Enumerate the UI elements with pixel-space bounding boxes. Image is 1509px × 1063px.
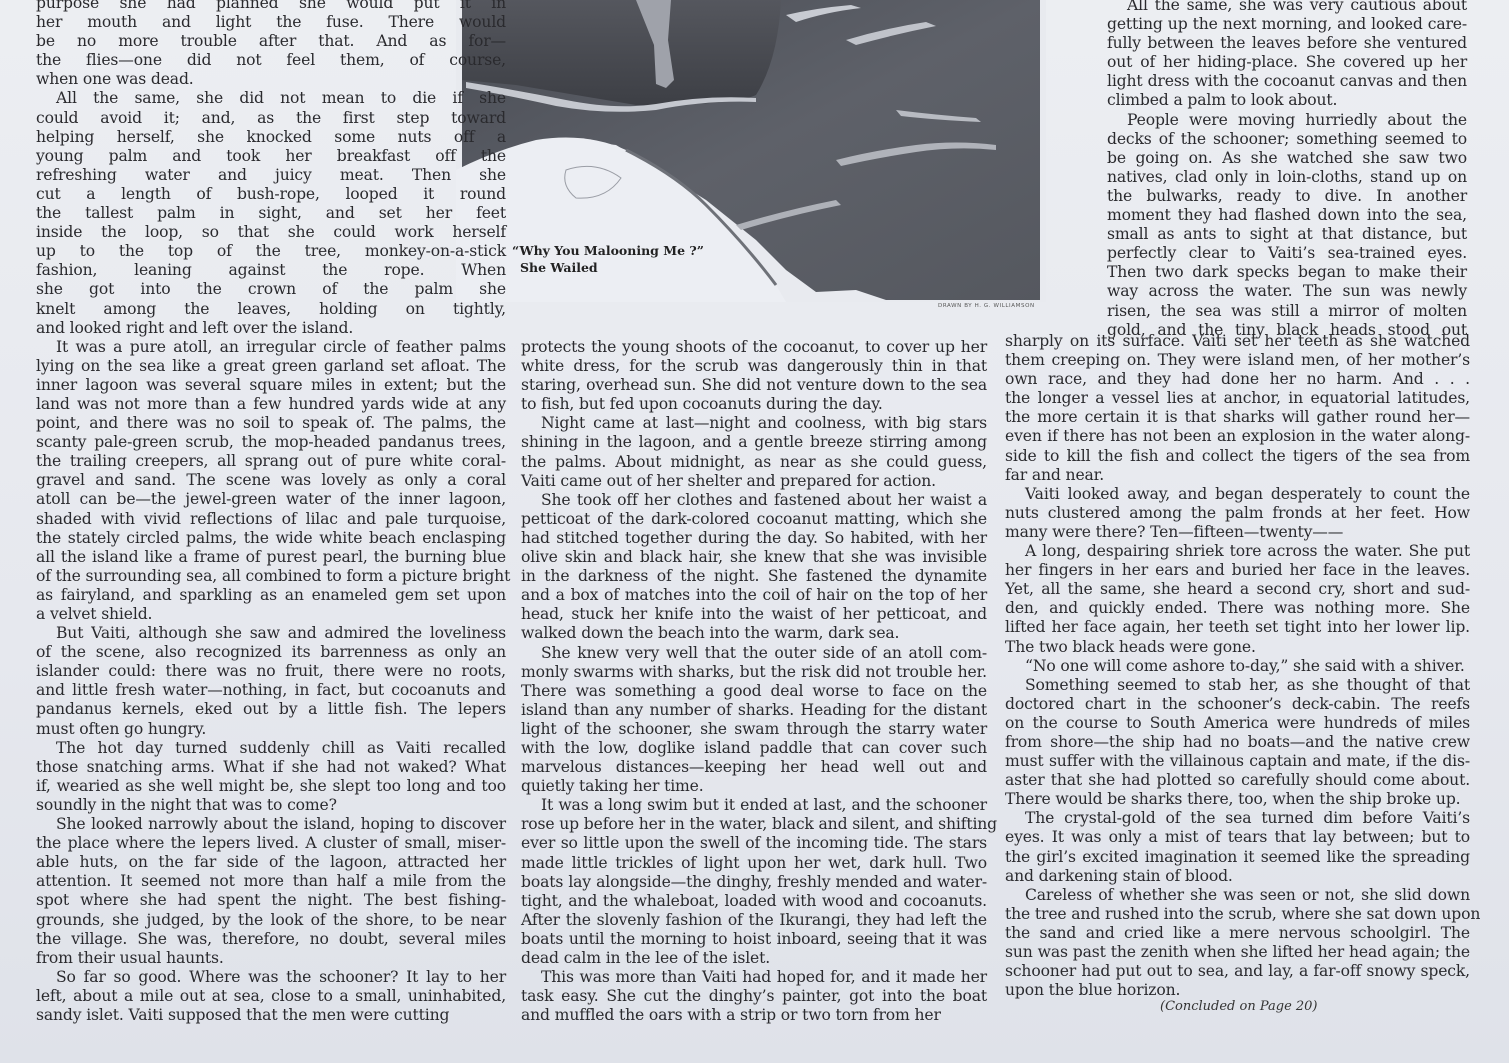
text-line: natives, clad only in loin-cloths, stand… [1107, 168, 1467, 187]
text-line: the palms. About midnight, as near as sh… [521, 453, 987, 472]
text-line: moment they had flashed down into the se… [1107, 206, 1467, 225]
text-line: islander could: there was no fruit, ther… [36, 662, 506, 681]
text-line: light dress with the cocoanut canvas and… [1107, 72, 1467, 91]
middle-text-column: protects the young shoots of the cocoanu… [521, 338, 987, 1025]
text-line: the girl’s excited imagination it seemed… [1005, 848, 1470, 867]
continued-note: (Concluded on Page 20) [1160, 999, 1318, 1014]
text-line: Vaiti came out of her shelter and prepar… [521, 472, 987, 491]
caption-line-2: She Wailed [512, 259, 704, 276]
text-line: Then two dark specks began to make their [1107, 263, 1467, 282]
caption-line-1: “Why You Malooning Me ?” [512, 242, 704, 259]
text-line: sharply on its surface. Vaiti set her te… [1005, 332, 1470, 351]
text-line: and a box of matches into the coil of ha… [521, 586, 987, 605]
text-line: if, wearied as she well might be, she sl… [36, 777, 506, 796]
right-top-text-column: All the same, she was very cautious abou… [1107, 0, 1467, 340]
text-line: inner lagoon was several square miles in… [36, 376, 506, 395]
text-line: She took off her clothes and fastened ab… [521, 491, 987, 510]
text-line: Something seemed to stab her, as she tho… [1005, 676, 1470, 695]
text-line: eyes. It was only a mist of tears that l… [1005, 828, 1470, 847]
text-line: those snatching arms. What if she had no… [36, 758, 506, 777]
text-line: small as ants to sight at that distance,… [1107, 225, 1467, 244]
text-line: aster that she had plotted so carefully … [1005, 771, 1470, 790]
text-line: the bulwarks, ready to dive. In another [1107, 187, 1467, 206]
text-line: attention. It seemed not more than half … [36, 872, 506, 891]
text-line: her fingers in her ears and buried her f… [1005, 561, 1470, 580]
text-line: inside the loop, so that she could work … [36, 223, 506, 242]
text-line: island than any number of sharks. Headin… [521, 701, 987, 720]
text-line: “No one will come ashore to-day,” she sa… [1005, 657, 1470, 676]
text-line: the tallest palm in sight, and set her f… [36, 204, 506, 223]
text-line: climbed a palm to look about. [1107, 91, 1467, 110]
text-line: as fairyland, and sparkling as an enamel… [36, 586, 506, 605]
text-line: from their usual haunts. [36, 949, 506, 968]
text-line: boats until the morning to hoist inboard… [521, 930, 987, 949]
text-line: with the low, doglike island paddle that… [521, 739, 987, 758]
text-line: head, stuck her knife into the waist of … [521, 605, 987, 624]
text-line: fashion, leaning against the rope. When [36, 261, 506, 280]
text-line: She knew very well that the outer side o… [521, 644, 987, 663]
text-line: must often go hungry. [36, 720, 506, 739]
text-line: and little fresh water—nothing, in fact,… [36, 681, 506, 700]
magazine-page: “Why You Malooning Me ?” She Wailed DRAW… [0, 0, 1509, 1063]
text-line: She looked narrowly about the island, ho… [36, 815, 506, 834]
text-line: the village. She was, therefore, no doub… [36, 930, 506, 949]
text-line: had stitched together during the day. So… [521, 529, 987, 548]
text-line: boats lay alongside—the dinghy, freshly … [521, 873, 987, 892]
text-line: all the island like a frame of purest pe… [36, 548, 506, 567]
text-line: made little trickles of light upon her w… [521, 854, 987, 873]
text-line: cut a length of bush-rope, looped it rou… [36, 185, 506, 204]
text-line: on the course to South America were hund… [1005, 714, 1470, 733]
text-line: nuts clustered among the palm fronds at … [1005, 504, 1470, 523]
text-line: Yet, all the same, she heard a second cr… [1005, 580, 1470, 599]
text-line: the trailing creepers, all sprang out of… [36, 452, 506, 471]
text-line: even if there has not been an explosion … [1005, 427, 1470, 446]
text-line: grounds, she judged, by the look of the … [36, 911, 506, 930]
text-line: many were there? Ten—fifteen—twenty—— [1005, 523, 1470, 542]
text-line: walked down the beach into the warm, dar… [521, 624, 987, 643]
text-line: There would be sharks there, too, when t… [1005, 790, 1470, 809]
text-line: white dress, for the scrub was dangerous… [521, 357, 987, 376]
text-line: refreshing water and juicy meat. Then sh… [36, 166, 506, 185]
text-line: them creeping on. They were island men, … [1005, 351, 1470, 370]
text-line: point, and there was no soil to speak of… [36, 414, 506, 433]
text-line: and muffled the oars with a strip or two… [521, 1006, 987, 1025]
text-line: After the slovenly fashion of the Ikuran… [521, 911, 987, 930]
text-line: the sand and cried like a mere nervous s… [1005, 924, 1470, 943]
text-line: far and near. [1005, 466, 1470, 485]
text-line: lying on the sea like a great green garl… [36, 357, 506, 376]
text-line: sandy islet. Vaiti supposed that the men… [36, 1006, 506, 1025]
text-line: protects the young shoots of the cocoanu… [521, 338, 987, 357]
text-line: tight, and the whaleboat, loaded with wo… [521, 892, 987, 911]
text-line: marvelous distances—keeping her head wel… [521, 758, 987, 777]
text-line: Vaiti looked away, and began desperately… [1005, 485, 1470, 504]
text-line: upon the blue horizon. [1005, 981, 1470, 1000]
text-line: doctored chart in the schooner’s deck-ca… [1005, 695, 1470, 714]
text-line: the stately circled palms, the wide whit… [36, 529, 506, 548]
text-line: able huts, on the far side of the lagoon… [36, 853, 506, 872]
text-line: own race, and they had done her no harm.… [1005, 370, 1470, 389]
text-line: way across the water. The sun was newly [1107, 282, 1467, 301]
text-line: It was a long swim but it ended at last,… [521, 796, 987, 815]
text-line: soundly in the night that was to come? [36, 796, 506, 815]
text-line: could avoid it; and, as the first step t… [36, 109, 506, 128]
text-line: and darkening stain of blood. [1005, 867, 1470, 886]
text-line: decks of the schooner; something seemed … [1107, 130, 1467, 149]
text-line: But Vaiti, although she saw and admired … [36, 624, 506, 643]
text-line: must suffer with the villainous captain … [1005, 752, 1470, 771]
text-line: It was a pure atoll, an irregular circle… [36, 338, 506, 357]
text-line: So far so good. Where was the schooner? … [36, 968, 506, 987]
text-line: up to the top of the tree, monkey-on-a-s… [36, 242, 506, 261]
text-line: the longer a vessel lies at anchor, in e… [1005, 389, 1470, 408]
text-line: Careless of whether she was seen or not,… [1005, 886, 1470, 905]
text-line: the more certain it is that sharks will … [1005, 408, 1470, 427]
text-line: gravel and sand. The scene was lovely as… [36, 471, 506, 490]
text-line: shining in the lagoon, and a gentle bree… [521, 433, 987, 452]
text-line: land was not more than a few hundred yar… [36, 395, 506, 414]
text-line: schooner had put out to sea, and lay, a … [1005, 962, 1470, 981]
text-line: lifted her face again, her teeth set tig… [1005, 618, 1470, 637]
text-line: in the darkness of the night. She fasten… [521, 567, 987, 586]
text-line: young palm and took her breakfast off th… [36, 147, 506, 166]
text-line: she got into the crown of the palm she [36, 280, 506, 299]
text-line: risen, the sea was still a mirror of mol… [1107, 302, 1467, 321]
text-line: sun was past the zenith when she lifted … [1005, 943, 1470, 962]
text-line: The hot day turned suddenly chill as Vai… [36, 739, 506, 758]
text-line: task easy. She cut the dinghy’s painter,… [521, 987, 987, 1006]
text-line: perfectly clear to Vaiti’s sea-trained e… [1107, 244, 1467, 263]
text-line: This was more than Vaiti had hoped for, … [521, 968, 987, 987]
text-line: The crystal-gold of the sea turned dim b… [1005, 809, 1470, 828]
text-line: and looked right and left over the islan… [36, 319, 506, 338]
text-line: A long, despairing shriek tore across th… [1005, 542, 1470, 561]
left-text-column: purpose she had planned she would put it… [36, 0, 506, 1025]
text-line: Night came at last—night and coolness, w… [521, 414, 987, 433]
text-line: side to kill the fish and collect the ti… [1005, 447, 1470, 466]
text-line: of the surrounding sea, all combined to … [36, 567, 506, 586]
text-line: the tree and rushed into the scrub, wher… [1005, 905, 1470, 924]
text-line: purpose she had planned she would put it… [36, 0, 506, 13]
right-text-column: sharply on its surface. Vaiti set her te… [1005, 332, 1470, 1000]
text-line: be no more trouble after that. And as fo… [36, 32, 506, 51]
text-line: from shore—the ship had no boats—and the… [1005, 733, 1470, 752]
text-line: quietly taking her time. [521, 777, 987, 796]
text-line: fully between the leaves before she vent… [1107, 34, 1467, 53]
text-line: a velvet shield. [36, 605, 506, 624]
text-line: getting up the next morning, and looked … [1107, 15, 1467, 34]
text-line: pandanus kernels, eked out by a little f… [36, 700, 506, 719]
text-line: the place where the lepers lived. A clus… [36, 834, 506, 853]
text-line: knelt among the leaves, holding on tight… [36, 300, 506, 319]
text-line: The two black heads were gone. [1005, 638, 1470, 657]
text-line: light of the schooner, she swam through … [521, 720, 987, 739]
text-line: her mouth and light the fuse. There woul… [36, 13, 506, 32]
text-line: den, and quickly ended. There was nothin… [1005, 599, 1470, 618]
text-line: atoll can be—the jewel-green water of th… [36, 490, 506, 509]
illustration-caption: “Why You Malooning Me ?” She Wailed [512, 242, 704, 276]
text-line: when one was dead. [36, 70, 506, 89]
text-line: be going on. As she watched she saw two [1107, 149, 1467, 168]
text-line: helping herself, she knocked some nuts o… [36, 128, 506, 147]
text-line: ever so little upon the swell of the inc… [521, 834, 987, 853]
text-line: monly swarms with sharks, but the risk d… [521, 663, 987, 682]
text-line: rose up before her in the water, black a… [521, 815, 987, 834]
text-line: olive skin and black hair, she knew that… [521, 548, 987, 567]
text-line: dead calm in the lee of the islet. [521, 949, 987, 968]
text-line: There was something a good deal worse to… [521, 682, 987, 701]
illustrator-credit: DRAWN BY H. G. WILLIAMSON [938, 303, 1035, 309]
text-line: petticoat of the dark-colored cocoanut m… [521, 510, 987, 529]
text-line: the flies—one did not feel them, of cour… [36, 51, 506, 70]
text-line: staring, overhead sun. She did not ventu… [521, 376, 987, 395]
text-line: All the same, she was very cautious abou… [1107, 0, 1467, 15]
text-line: of the scene, also recognized its barren… [36, 643, 506, 662]
text-line: scanty pale-green scrub, the mop-headed … [36, 433, 506, 452]
text-line: left, about a mile out at sea, close to … [36, 987, 506, 1006]
text-line: to fish, but fed upon cocoanuts during t… [521, 395, 987, 414]
text-line: shaded with vivid reflections of lilac a… [36, 510, 506, 529]
text-line: People were moving hurriedly about the [1107, 111, 1467, 130]
text-line: All the same, she did not mean to die if… [36, 89, 506, 108]
text-line: out of her hiding-place. She covered up … [1107, 53, 1467, 72]
text-line: spot where she had spent the night. The … [36, 891, 506, 910]
